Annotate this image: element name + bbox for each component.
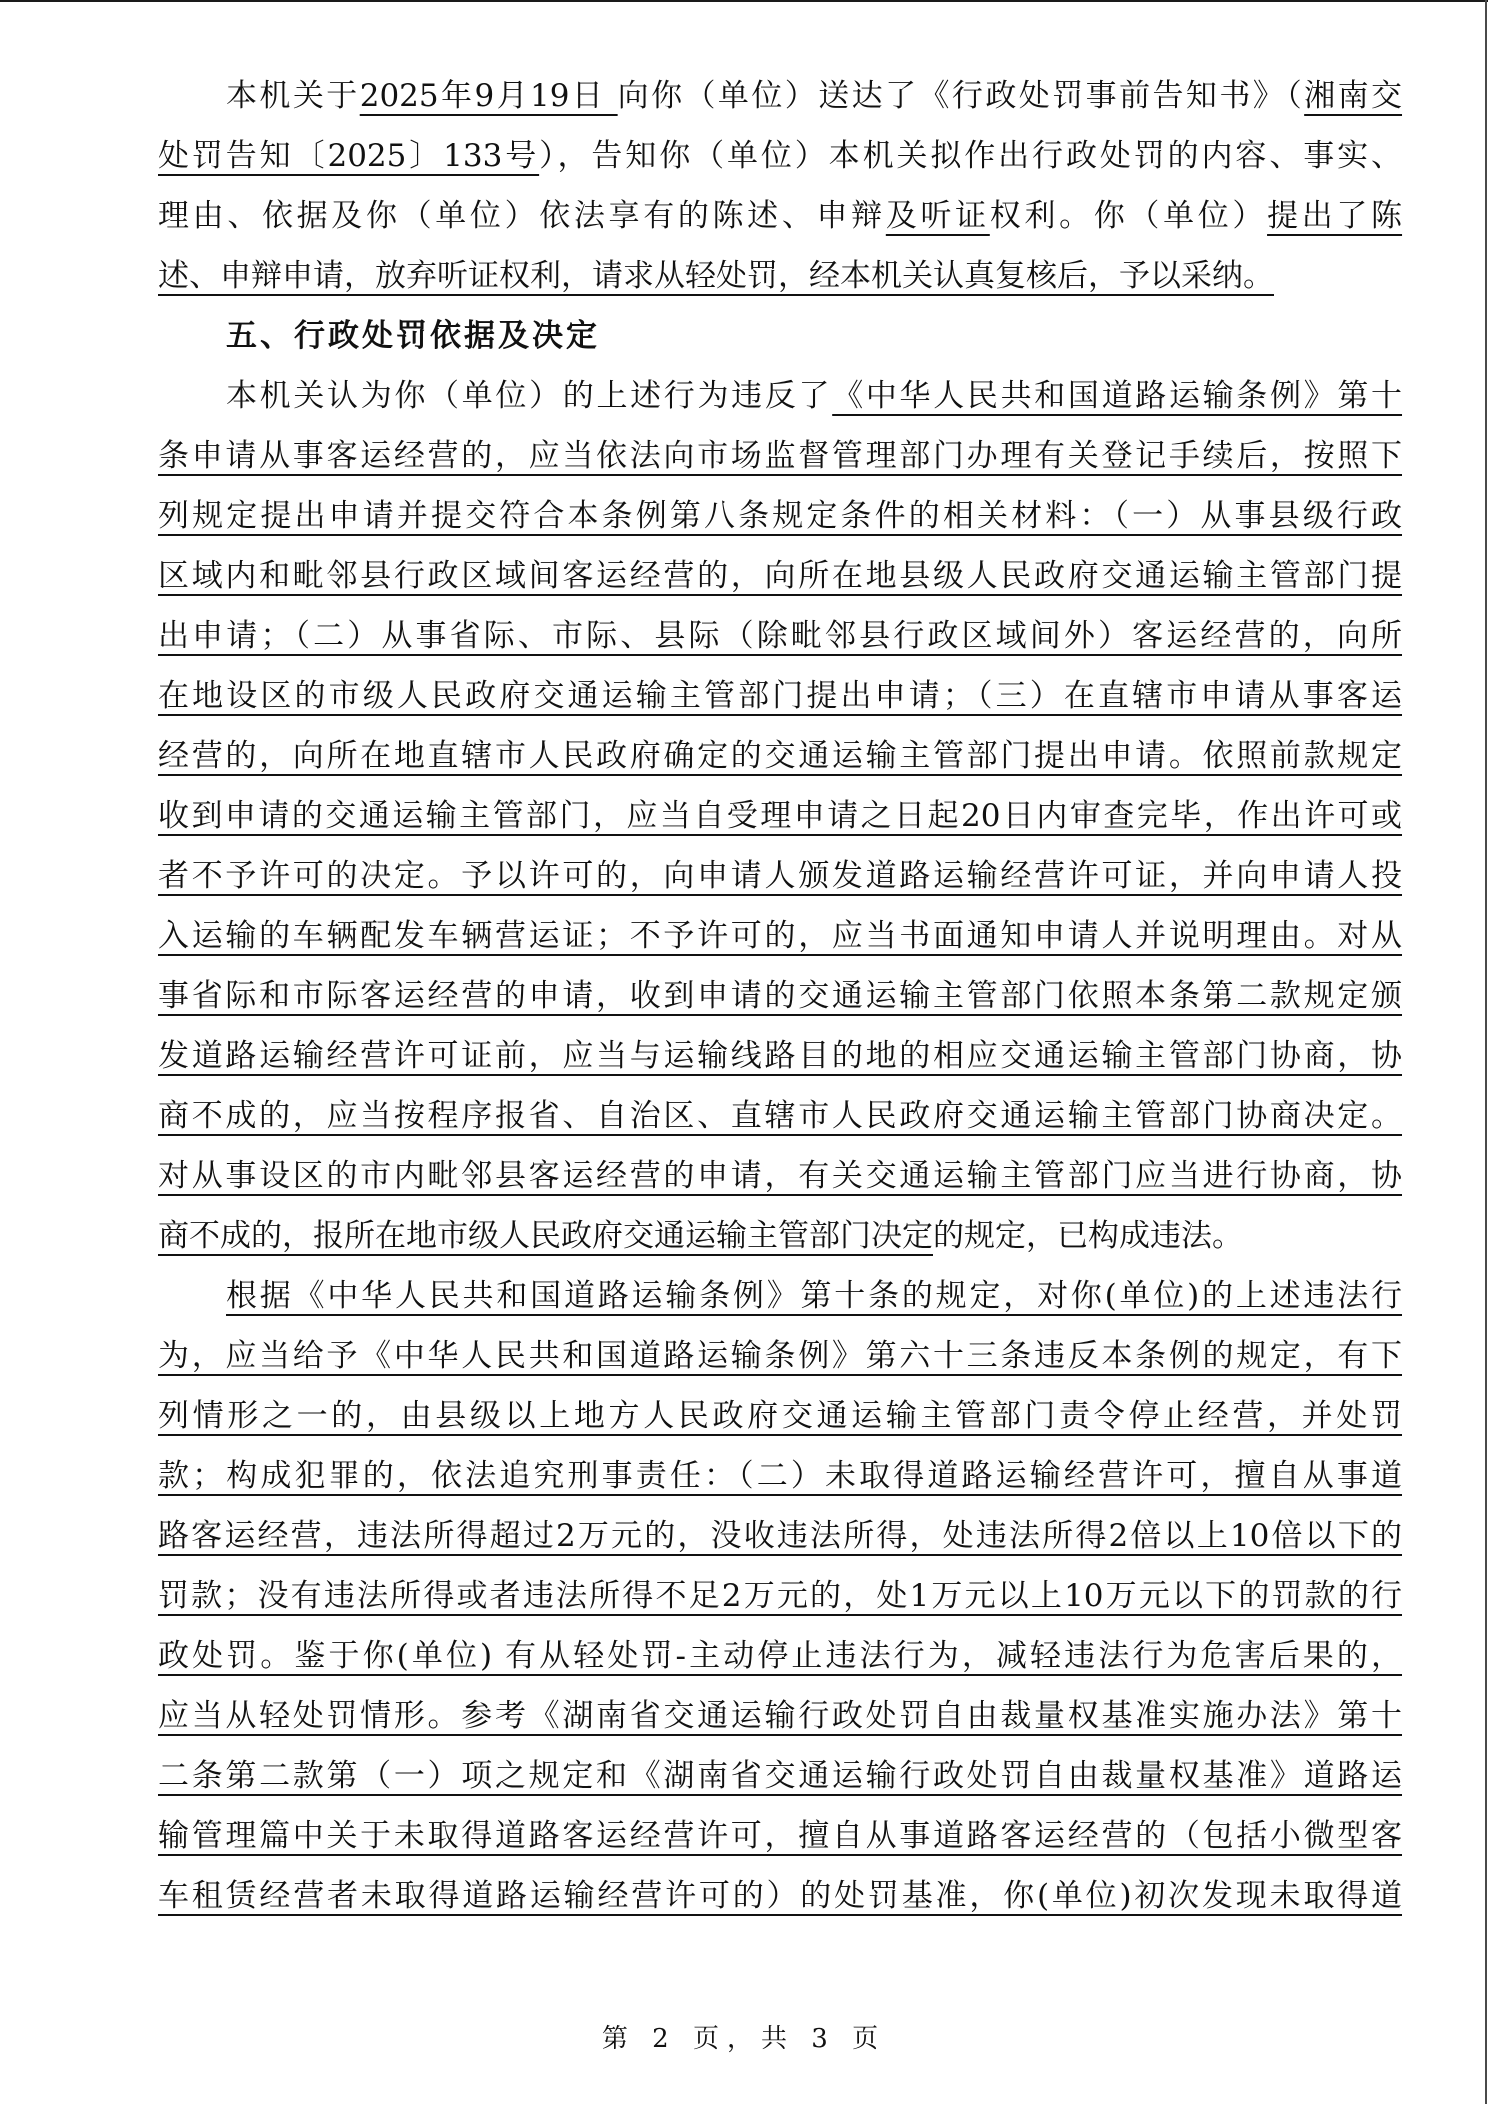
text-segment: 本机关于: [226, 78, 360, 114]
page-top-border: [0, 0, 1488, 2]
text-line: 为，应当给予《中华人民共和国道路运输条例》第六十三条违反本条例的规定，有下: [158, 1336, 1402, 1396]
section-heading: 五、行政处罚依据及决定: [158, 316, 1402, 376]
text-line: 二条第二款第（一）项之规定和《湖南省交通运输行政处罚自由裁量权基准》道路运: [158, 1756, 1402, 1816]
text-segment: 向你（单位）送达了《行政处罚事前告知书》（: [618, 78, 1305, 114]
text-line: 述、申辩申请，放弃听证权利，请求从轻处罚，经本机关认真复核后，予以采纳。: [158, 256, 1402, 316]
underlined-text: 商不成的，报所在地市级人民政府交通运输主管部门决定: [158, 1218, 933, 1254]
underlined-text: 输管理篇中关于未取得道路客运经营许可，擅自从事道路客运经营的（包括小微型客: [158, 1818, 1402, 1854]
underlined-text: 入运输的车辆配发车辆营运证；不予许可的，应当书面通知申请人并说明理由。对从: [158, 918, 1402, 954]
text-line: 收到申请的交通运输主管部门，应当自受理申请之日起20日内审查完毕，作出许可或: [158, 796, 1402, 856]
underlined-text: 2025年9月19日: [360, 78, 618, 114]
underlined-text: 事省际和市际客运经营的申请，收到申请的交通运输主管部门依照本条第二款规定颁: [158, 978, 1402, 1014]
text-line: 区域内和毗邻县行政区域间客运经营的，向所在地县级人民政府交通运输主管部门提: [158, 556, 1402, 616]
text-line: 商不成的，应当按程序报省、自治区、直辖市人民政府交通运输主管部门协商决定。: [158, 1096, 1402, 1156]
underlined-text: 在地设区的市级人民政府交通运输主管部门提出申请；（三）在直辖市申请从事客运: [158, 678, 1402, 714]
text-line: 列规定提出申请并提交符合本条例第八条规定条件的相关材料：（一）从事县级行政: [158, 496, 1402, 556]
text-line: 路客运经营，违法所得超过2万元的，没收违法所得，处违法所得2倍以上10倍以下的: [158, 1516, 1402, 1576]
text-line: 发道路运输经营许可证前，应当与运输线路目的地的相应交通运输主管部门协商，协: [158, 1036, 1402, 1096]
text-line: 经营的，向所在地直辖市人民政府确定的交通运输主管部门提出申请。依照前款规定: [158, 736, 1402, 796]
text-line: 罚款；没有违法所得或者违法所得不足2万元的，处1万元以上10万元以下的罚款的行: [158, 1576, 1402, 1636]
underlined-text: 述、申辩申请，放弃听证权利，请求从轻处罚，经本机关认真复核后，予以采纳。: [158, 258, 1274, 294]
underlined-text: 根据《中华人民共和国道路运输条例》第十条的规定，对你(单位)的上述违法行: [226, 1278, 1402, 1314]
text-line: 对从事设区的市内毗邻县客运经营的申请，有关交通运输主管部门应当进行协商，协: [158, 1156, 1402, 1216]
text-line: 在地设区的市级人民政府交通运输主管部门提出申请；（三）在直辖市申请从事客运: [158, 676, 1402, 736]
text-line: 列情形之一的，由县级以上地方人民政府交通运输主管部门责令停止经营，并处罚: [158, 1396, 1402, 1456]
text-line: 理由、依据及你（单位）依法享有的陈述、申辩及听证权利。你（单位）提出了陈: [158, 196, 1402, 256]
underlined-text: 对从事设区的市内毗邻县客运经营的申请，有关交通运输主管部门应当进行协商，协: [158, 1158, 1402, 1194]
underlined-text: 处罚告知〔2025〕133号: [158, 138, 539, 174]
underlined-text: 商不成的，应当按程序报省、自治区、直辖市人民政府交通运输主管部门协商决定。: [158, 1098, 1402, 1134]
text-segment: 权利。你（单位）: [990, 198, 1267, 234]
underlined-text: 出申请；（二）从事省际、市际、县际（除毗邻县行政区域间外）客运经营的，向所: [158, 618, 1402, 654]
underlined-text: 列情形之一的，由县级以上地方人民政府交通运输主管部门责令停止经营，并处罚: [158, 1398, 1402, 1434]
text-line: 条申请从事客运经营的，应当依法向市场监督管理部门办理有关登记手续后，按照下: [158, 436, 1402, 496]
underlined-text: 二条第二款第（一）项之规定和《湖南省交通运输行政处罚自由裁量权基准》道路运: [158, 1758, 1402, 1794]
text-line: 应当从轻处罚情形。参考《湖南省交通运输行政处罚自由裁量权基准实施办法》第十: [158, 1696, 1402, 1756]
underlined-text: 及听证: [886, 198, 990, 234]
underlined-text: 者不予许可的决定。予以许可的，向申请人颁发道路运输经营许可证，并向申请人投: [158, 858, 1402, 894]
text-line: 出申请；（二）从事省际、市际、县际（除毗邻县行政区域间外）客运经营的，向所: [158, 616, 1402, 676]
underlined-text: 路客运经营，违法所得超过2万元的，没收违法所得，处违法所得2倍以上10倍以下的: [158, 1518, 1402, 1554]
text-segment: 理由、依据及你（单位）依法享有的陈述、申辩: [158, 198, 886, 234]
text-line: 事省际和市际客运经营的申请，收到申请的交通运输主管部门依照本条第二款规定颁: [158, 976, 1402, 1036]
underlined-text: 区域内和毗邻县行政区域间客运经营的，向所在地县级人民政府交通运输主管部门提: [158, 558, 1402, 594]
underlined-text: 为，应当给予《中华人民共和国道路运输条例》第六十三条违反本条例的规定，有下: [158, 1338, 1402, 1374]
text-segment: 的规定，已构成违法。: [933, 1218, 1243, 1254]
underlined-text: 款；构成犯罪的，依法追究刑事责任：（二）未取得道路运输经营许可，擅自从事道: [158, 1458, 1402, 1494]
underlined-text: 车租赁经营者未取得道路运输经营许可的）的处罚基准，你(单位)初次发现未取得道: [158, 1878, 1402, 1914]
underlined-text: 政处罚。鉴于你(单位) 有从轻处罚-主动停止违法行为，减轻违法行为危害后果的，: [158, 1638, 1402, 1674]
text-segment: ），告知你（单位）本机关拟作出行政处罚的内容、事实、: [539, 138, 1402, 174]
text-line: 车租赁经营者未取得道路运输经营许可的）的处罚基准，你(单位)初次发现未取得道: [158, 1876, 1402, 1936]
text-line: 政处罚。鉴于你(单位) 有从轻处罚-主动停止违法行为，减轻违法行为危害后果的，: [158, 1636, 1402, 1696]
page-footer: 第 2 页，共 3 页: [0, 2018, 1488, 2055]
text-line: 本机关认为你（单位）的上述行为违反了《中华人民共和国道路运输条例》第十: [158, 376, 1402, 436]
underlined-text: 提出了陈: [1267, 198, 1402, 234]
underlined-text: 条申请从事客运经营的，应当依法向市场监督管理部门办理有关登记手续后，按照下: [158, 438, 1402, 474]
underlined-text: 罚款；没有违法所得或者违法所得不足2万元的，处1万元以上10万元以下的罚款的行: [158, 1578, 1402, 1614]
underlined-text: 发道路运输经营许可证前，应当与运输线路目的地的相应交通运输主管部门协商，协: [158, 1038, 1402, 1074]
text-line: 处罚告知〔2025〕133号），告知你（单位）本机关拟作出行政处罚的内容、事实、: [158, 136, 1402, 196]
underlined-text: 湘南交: [1304, 78, 1402, 114]
text-segment: 本机关认为你（单位）的上述行为违反了: [226, 378, 832, 414]
underlined-text: 《中华人民共和国道路运输条例》第十: [832, 378, 1402, 414]
text-line: 入运输的车辆配发车辆营运证；不予许可的，应当书面通知申请人并说明理由。对从: [158, 916, 1402, 976]
text-line: 款；构成犯罪的，依法追究刑事责任：（二）未取得道路运输经营许可，擅自从事道: [158, 1456, 1402, 1516]
text-line: 输管理篇中关于未取得道路客运经营许可，擅自从事道路客运经营的（包括小微型客: [158, 1816, 1402, 1876]
text-line: 者不予许可的决定。予以许可的，向申请人颁发道路运输经营许可证，并向申请人投: [158, 856, 1402, 916]
underlined-text: 收到申请的交通运输主管部门，应当自受理申请之日起20日内审查完毕，作出许可或: [158, 798, 1402, 834]
page-right-border: [1485, 0, 1487, 2104]
underlined-text: 经营的，向所在地直辖市人民政府确定的交通运输主管部门提出申请。依照前款规定: [158, 738, 1402, 774]
text-line: 根据《中华人民共和国道路运输条例》第十条的规定，对你(单位)的上述违法行: [158, 1276, 1402, 1336]
text-line: 商不成的，报所在地市级人民政府交通运输主管部门决定的规定，已构成违法。: [158, 1216, 1402, 1276]
text-line: 本机关于2025年9月19日 向你（单位）送达了《行政处罚事前告知书》（湘南交: [158, 76, 1402, 136]
underlined-text: 列规定提出申请并提交符合本条例第八条规定条件的相关材料：（一）从事县级行政: [158, 498, 1402, 534]
text-segment: 五、行政处罚依据及决定: [226, 318, 600, 354]
underlined-text: 应当从轻处罚情形。参考《湖南省交通运输行政处罚自由裁量权基准实施办法》第十: [158, 1698, 1402, 1734]
